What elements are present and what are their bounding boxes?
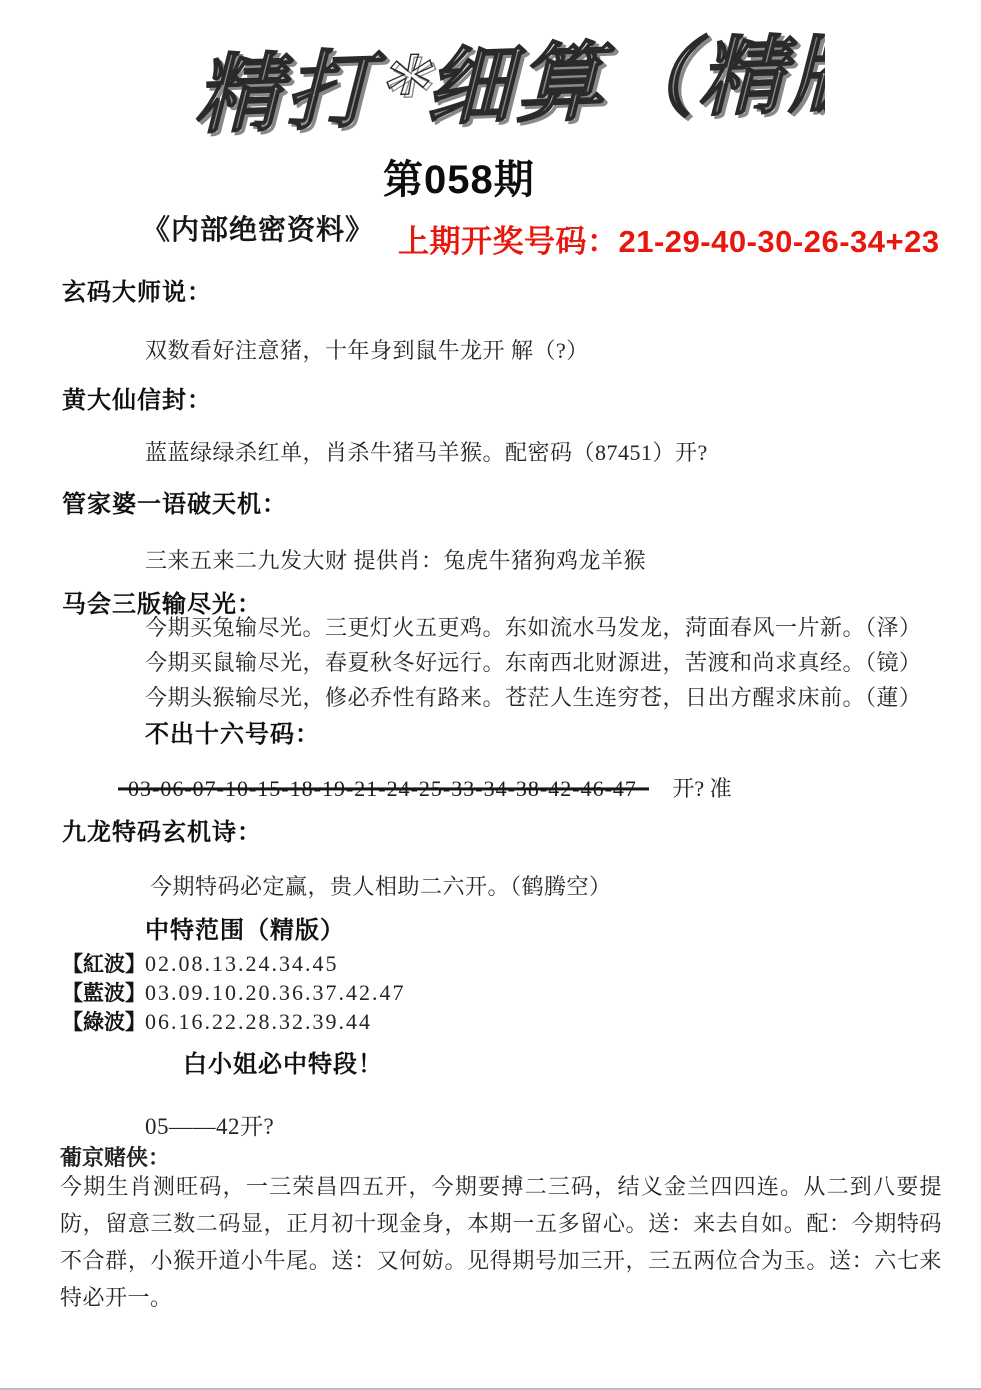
mahui-verse-line: 今期头猴输尽光，修必乔性有路来。苍茫人生连穷苍，日出方醒求床前。（蓮） [145,680,922,715]
wave-numbers-red: 02.08.13.24.34.45 [145,951,339,977]
section-body-guanjiapo: 三来五来二九发大财 提供肖：兔虎牛猪狗鸡龙羊猴 [145,544,646,575]
wave-label-green: 【綠波】 [62,1006,145,1036]
wave-row-red: 【紅波】 02.08.13.24.34.45 [62,948,406,977]
excluded-numbers-struck: 03-06-07-10-15-18-19-21-24-25-33-34-38-4… [128,776,637,802]
section-heading-jiulong: 九龙特码玄机诗： [62,812,262,847]
section-heading-guanjiapo: 管家婆一语破天机： [62,484,287,519]
masthead-logo-echo [192,21,825,149]
classified-subtitle: 《内部绝密资料》 [142,208,374,248]
excluded-numbers-suffix: 开? 准 [672,776,731,801]
mahui-verse-list: 今期买兔输尽光。三更灯火五更鸡。东如流水马发龙，菏面春风一片新。（泽） 今期买鼠… [145,610,922,715]
excluded-numbers-row: 03-06-07-10-15-18-19-21-24-25-33-34-38-4… [128,772,732,803]
wave-numbers-green: 06.16.22.28.32.39.44 [145,1009,372,1035]
section-heading-zhongte: 中特范围（精版） [145,910,345,945]
mahui-verse-line: 今期买鼠输尽光，春夏秋冬好远行。东南西北财源进，苦渡和尚求真经。（镜） [145,645,922,680]
masthead-logo-sketch: 精打*细算（精版） [185,14,825,159]
masthead-logo: 精打*细算（精版） [185,14,825,159]
last-draw-numbers: 上期开奖号码：21-29-40-30-26-34+23 [398,216,940,261]
wave-row-green: 【綠波】 06.16.22.28.32.39.44 [62,1006,406,1035]
scanned-lottery-tip-sheet: 精打*细算（精版） 第058期 《内部绝密资料》 上期开奖号码：21-29-40… [0,0,981,1390]
section-body-pujing: 今期生肖测旺码，一三荣昌四五开，今期要搏二三码，结义金兰四四连。从二到八要提防，… [60,1168,942,1316]
wave-label-blue: 【藍波】 [62,977,145,1007]
wave-row-blue: 【藍波】 03.09.10.20.36.37.42.47 [62,977,406,1006]
section-body-huangdaxian: 蓝蓝绿绿杀红单，肖杀牛猪马羊猴。配密码（87451）开? [145,436,708,467]
wave-number-list: 【紅波】 02.08.13.24.34.45 【藍波】 03.09.10.20.… [62,948,406,1035]
wave-numbers-blue: 03.09.10.20.36.37.42.47 [145,980,406,1006]
wave-label-red: 【紅波】 [62,948,145,978]
section-heading-baixiaojie: 白小姐必中特段！ [183,1044,383,1079]
section-body-xuanma: 双数看好注意猪，十年身到鼠牛龙开 解（?） [145,334,589,365]
section-body-jiulong: 今期特码必定赢，贵人相助二六开。（鹤腾空） [150,870,612,901]
section-heading-xuanma: 玄码大师说： [62,272,212,307]
mahui-verse-line: 今期买兔输尽光。三更灯火五更鸡。东如流水马发龙，菏面春风一片新。（泽） [145,610,922,645]
section-heading-huangdaxian: 黄大仙信封： [62,380,212,415]
issue-number: 第058期 [383,148,535,205]
section-heading-buchu: 不出十六号码： [145,714,320,749]
section-body-baixiaojie: 05——42开? [145,1108,274,1141]
